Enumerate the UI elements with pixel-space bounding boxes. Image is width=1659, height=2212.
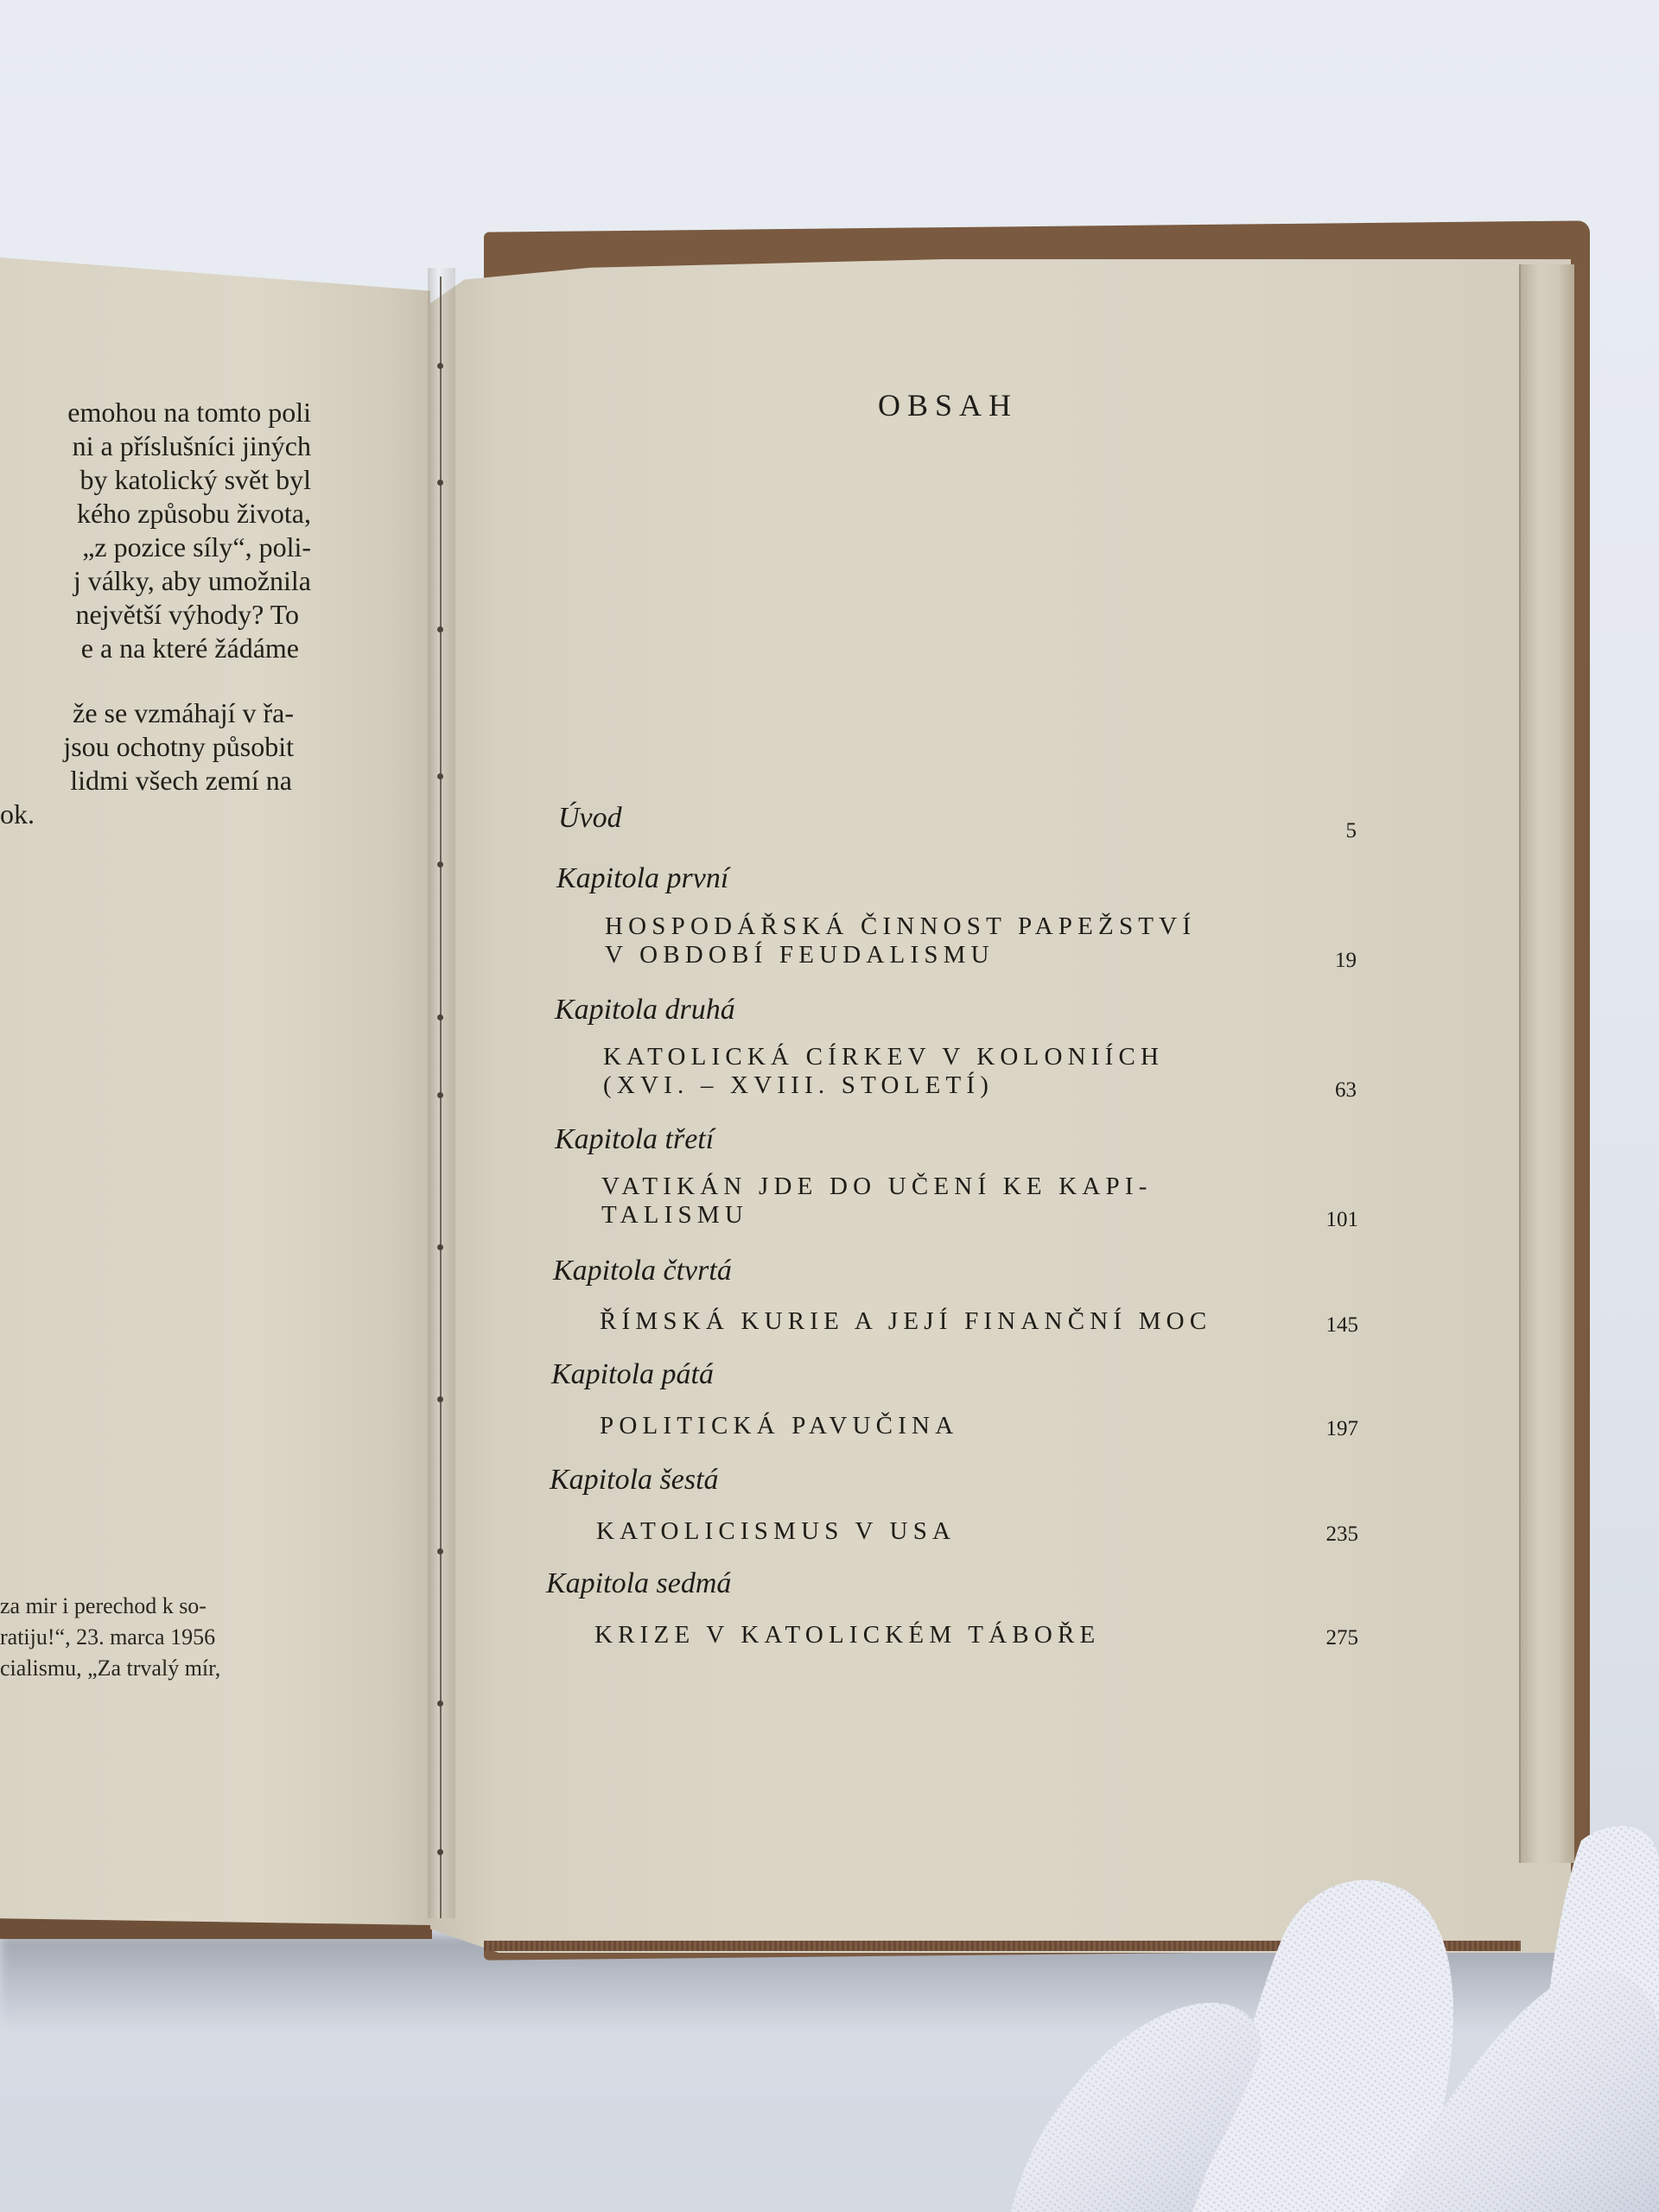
binding-stitch: [437, 363, 443, 369]
left-body-line: lidmi všech zemí na: [70, 764, 292, 798]
left-body-line: největší výhody? To: [76, 598, 299, 632]
left-footnote-line: ratiju!“, 23. marca 1956: [0, 1624, 215, 1650]
toc-chapter-title: ŘÍMSKÁ KURIE A JEJÍ FINANČNÍ MOC: [600, 1307, 1211, 1336]
toc-chapter-title: HOSPODÁŘSKÁ ČINNOST PAPEŽSTVÍ: [605, 912, 1196, 941]
toc-page-number: 235: [1306, 1522, 1358, 1547]
toc-heading: OBSAH: [878, 387, 1018, 423]
toc-page-number: 197: [1306, 1417, 1358, 1441]
left-body-line: by katolický svět byl: [79, 463, 311, 497]
toc-page-number: 145: [1306, 1313, 1358, 1338]
left-body-line: j války, aby umožnila: [73, 564, 311, 598]
binding-stitch: [437, 480, 443, 486]
binding-stitch: [437, 1849, 443, 1855]
gloved-hand: [976, 1763, 1659, 2212]
toc-chapter-title: TALISMU: [601, 1201, 748, 1230]
toc-chapter-title: VATIKÁN JDE DO UČENÍ KE KAPI-: [601, 1173, 1153, 1201]
photo-scene: emohou na tomto poli ni a příslušníci ji…: [0, 0, 1659, 2212]
toc-entry-label: Kapitola sedmá: [546, 1567, 731, 1600]
page-block-fore-edge: [1519, 264, 1574, 1863]
left-body-line: ok.: [0, 798, 35, 831]
toc-page-number: 101: [1306, 1208, 1358, 1232]
left-body-line: že se vzmáhají v řa-: [73, 696, 294, 730]
binding-stitch: [437, 626, 443, 632]
toc-chapter-title: KATOLICKÁ CÍRKEV V KOLONIÍCH: [603, 1043, 1164, 1071]
toc-entry-label: Kapitola třetí: [555, 1123, 714, 1156]
binding-stitch: [437, 861, 443, 868]
binding-stitch: [437, 1244, 443, 1250]
left-body-line: kého způsobu života,: [77, 497, 311, 531]
toc-chapter-title: POLITICKÁ PAVUČINA: [600, 1412, 958, 1440]
left-body-line: „z pozice síly“, poli-: [82, 531, 311, 564]
right-page: [430, 259, 1571, 1953]
binding-stitch: [437, 1700, 443, 1707]
toc-entry-label: Kapitola šestá: [550, 1464, 719, 1497]
binding-stitch: [437, 1092, 443, 1098]
binding-stitch: [437, 1396, 443, 1402]
toc-entry-label: Kapitola čtvrtá: [553, 1255, 732, 1287]
toc-entry-label: Úvod: [558, 802, 622, 835]
toc-entry-label: Kapitola první: [556, 862, 728, 895]
toc-entry-label: Kapitola pátá: [551, 1358, 714, 1391]
toc-chapter-title: KRIZE V KATOLICKÉM TÁBOŘE: [594, 1621, 1100, 1649]
left-footnote-line: cialismu, „Za trvalý mír,: [0, 1656, 220, 1681]
left-body-line: jsou ochotny působit: [63, 730, 294, 764]
binding-stitch: [437, 1548, 443, 1554]
binding-stitch: [437, 773, 443, 779]
toc-page-number: 5: [1305, 819, 1357, 843]
left-body-line: ni a příslušníci jiných: [73, 429, 311, 463]
left-body-line: e a na které žádáme: [81, 632, 299, 665]
binding-stitch: [437, 1014, 443, 1020]
toc-page-number: 63: [1305, 1078, 1357, 1103]
toc-chapter-title: V OBDOBÍ FEUDALISMU: [605, 941, 995, 969]
toc-entry-label: Kapitola druhá: [555, 994, 735, 1027]
toc-page-number: 19: [1305, 949, 1357, 973]
toc-page-number: 275: [1306, 1626, 1358, 1650]
toc-chapter-title: KATOLICISMUS V USA: [596, 1517, 956, 1546]
toc-chapter-title: (XVI. – XVIII. STOLETÍ): [603, 1071, 994, 1100]
left-body-line: emohou na tomto poli: [67, 396, 311, 429]
left-footnote-line: za mir i perechod k so-: [0, 1593, 207, 1619]
